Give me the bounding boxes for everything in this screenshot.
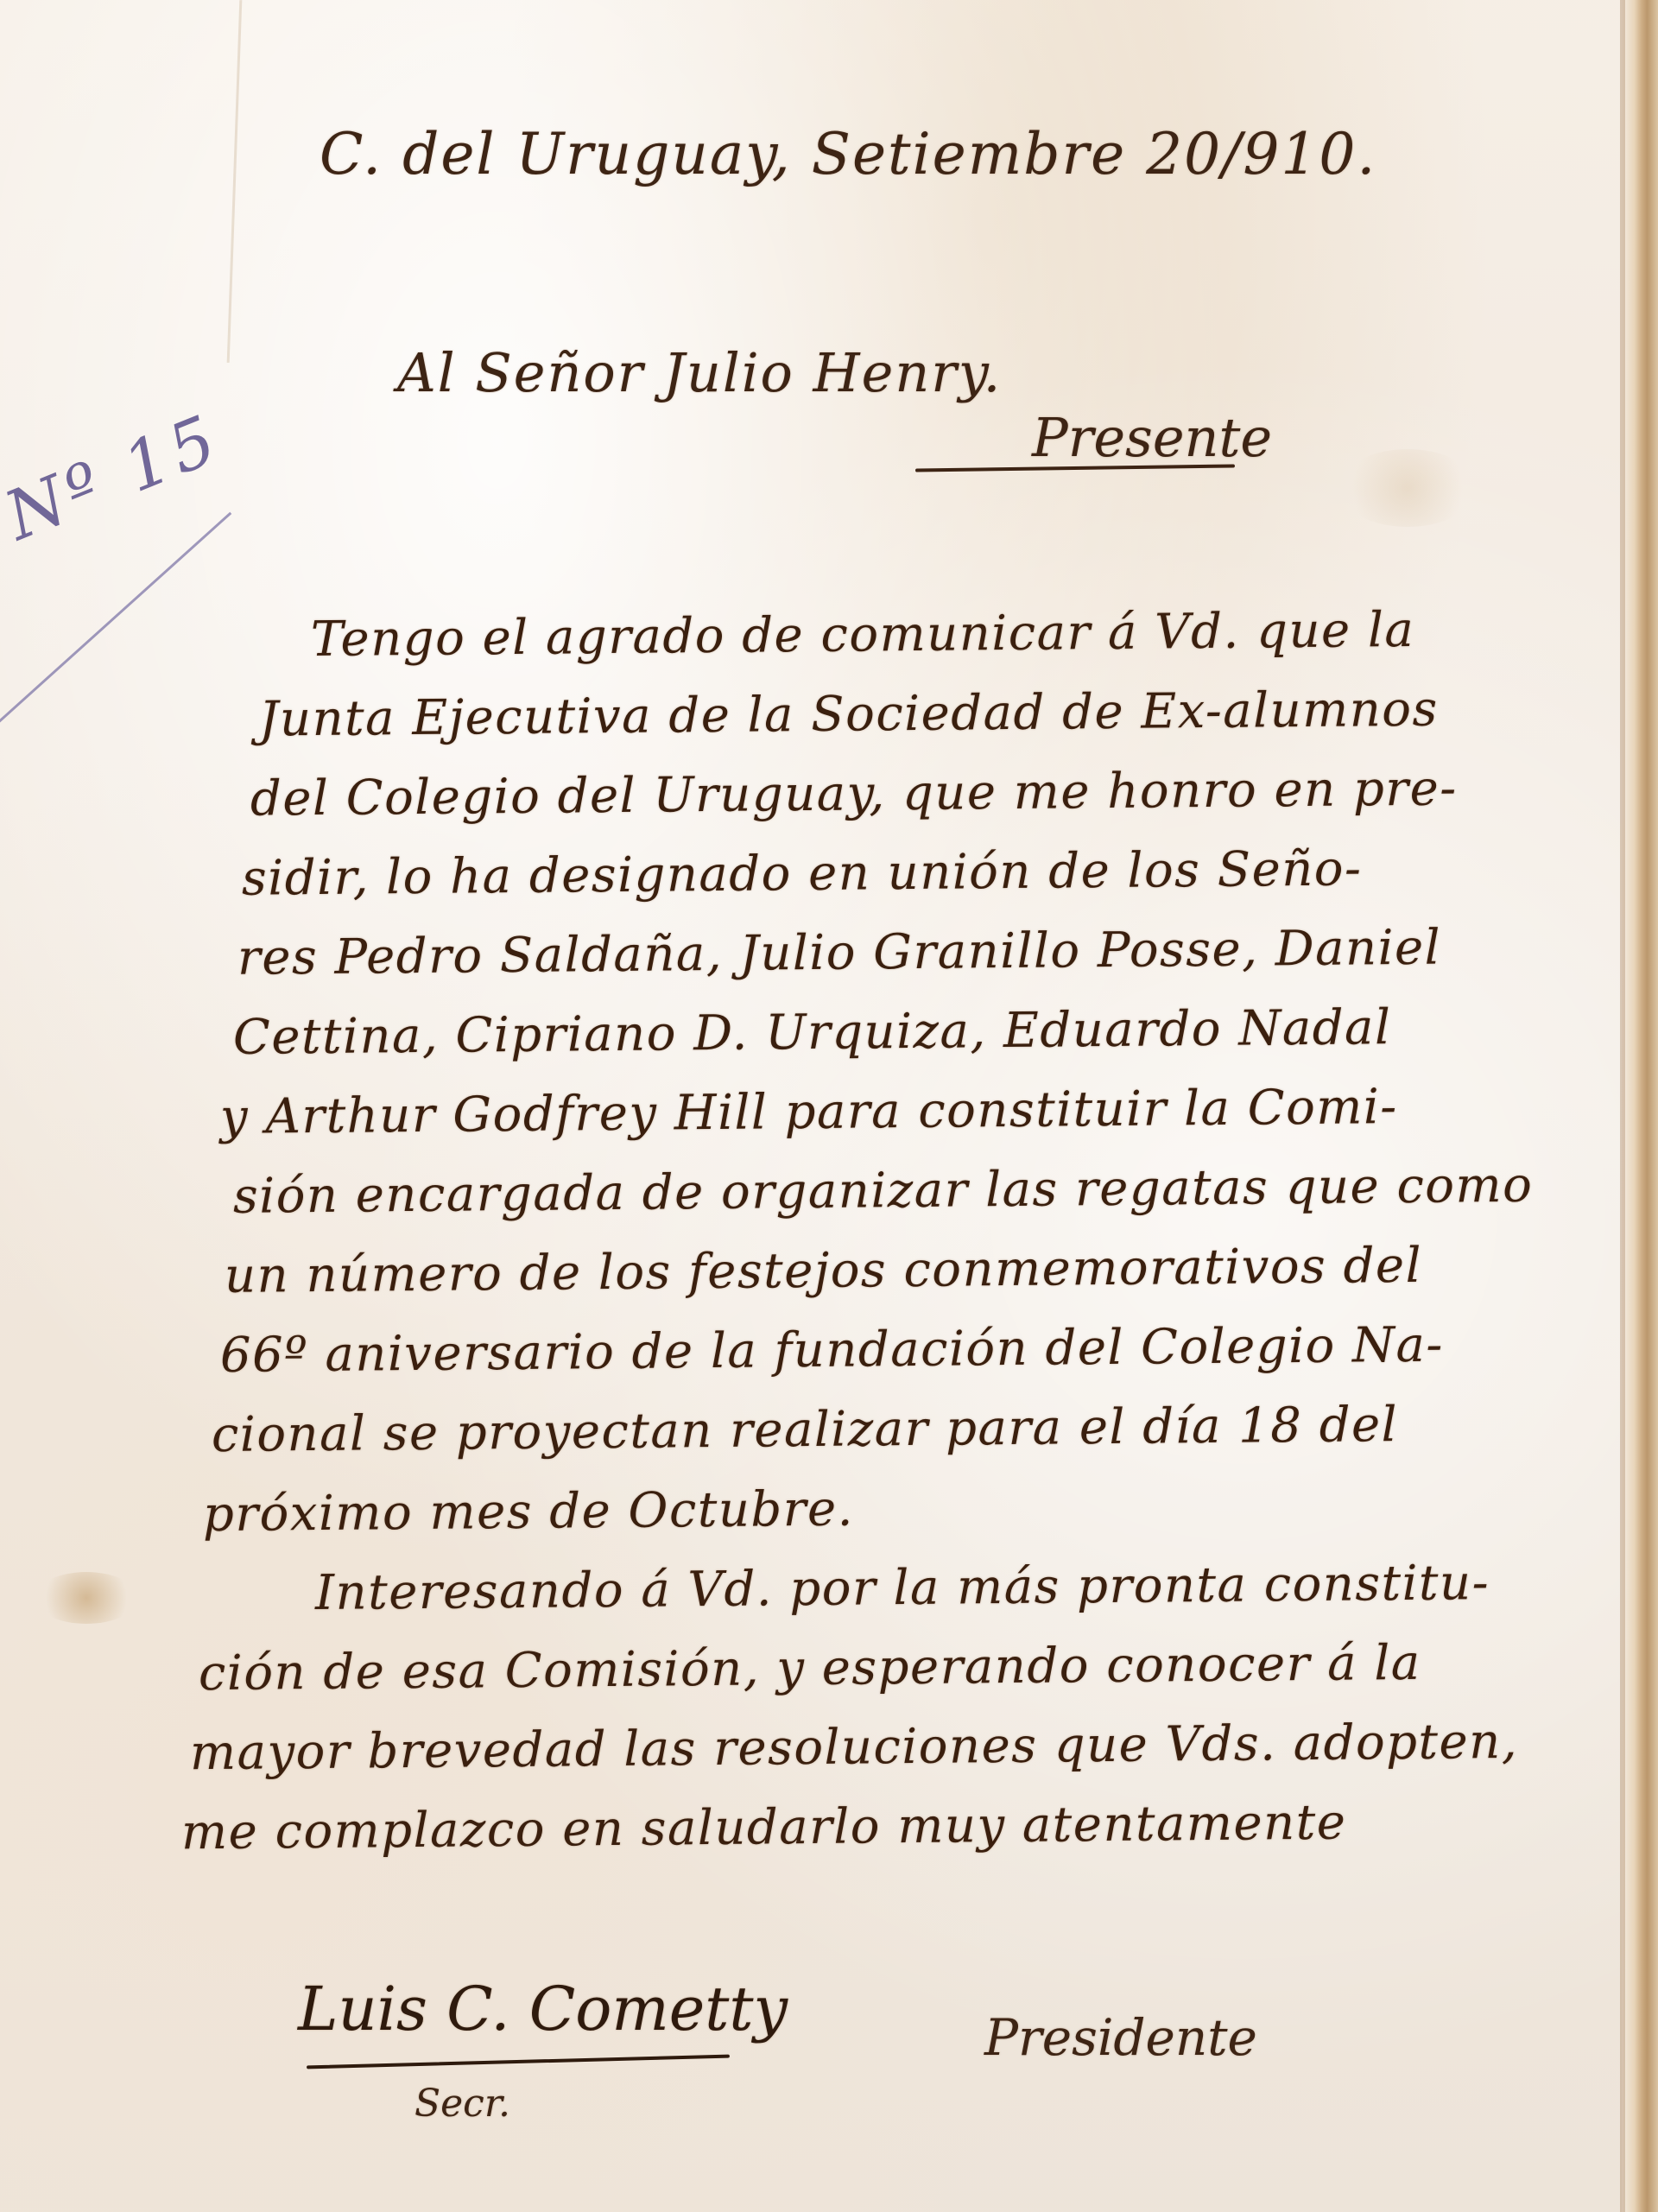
body-line: mayor brevedad las resoluciones que Vds.… (173, 1703, 1452, 1794)
signatory-title: Presidente (984, 2008, 1257, 2067)
margin-annotation-number: Nº 15 (0, 400, 231, 555)
body-line: Interesando á Vd. por la más pronta cons… (173, 1544, 1452, 1635)
body-line: ción de esa Comisión, y esperando conoce… (173, 1624, 1452, 1714)
paper-stain (35, 1572, 138, 1624)
presente-label: Presente (1032, 406, 1272, 469)
letter-body: Tengo el agrado de comunicar á Vd. que l… (173, 596, 1451, 1867)
body-line: Tengo el agrado de comunicar á Vd. que l… (173, 591, 1452, 681)
body-line: y Arthur Godfrey Hill para constituir la… (173, 1068, 1452, 1158)
body-line: cional se proyectan realizar para el día… (173, 1385, 1452, 1476)
body-line: un número de los festejos conmemorativos… (173, 1226, 1452, 1317)
body-line: res Pedro Saldaña, Julio Granillo Posse,… (173, 909, 1452, 999)
body-line: próximo mes de Octubre. (173, 1465, 1452, 1556)
body-line: sidir, lo ha designado en unión de los S… (173, 829, 1452, 920)
paper-edge (1622, 0, 1658, 2212)
body-line: 66º aniversario de la fundación del Cole… (173, 1306, 1452, 1397)
body-line: Junta Ejecutiva de la Sociedad de Ex-alu… (173, 670, 1452, 761)
body-line: me complazco en saludarlo muy atentament… (173, 1783, 1452, 1873)
addressee-line: Al Señor Julio Henry. (397, 341, 1002, 404)
letter-page: Nº 15 C. del Uruguay, Setiembre 20/910. … (0, 0, 1658, 2212)
place-date-heading: C. del Uruguay, Setiembre 20/910. (320, 121, 1376, 187)
paper-crease (227, 0, 243, 363)
signature-flourish (307, 2055, 730, 2069)
body-line: sión encargada de organizar las regatas … (173, 1147, 1452, 1238)
body-line: Cettina, Cipriano D. Urquiza, Eduardo Na… (173, 988, 1452, 1079)
signature: Luis C. Cometty (298, 1974, 788, 2044)
body-line: del Colegio del Uruguay, que me honro en… (173, 750, 1452, 840)
paper-edge-shadow (1620, 0, 1625, 2212)
paper-stain (1338, 449, 1477, 527)
secretary-mark: Secr. (414, 2082, 510, 2126)
